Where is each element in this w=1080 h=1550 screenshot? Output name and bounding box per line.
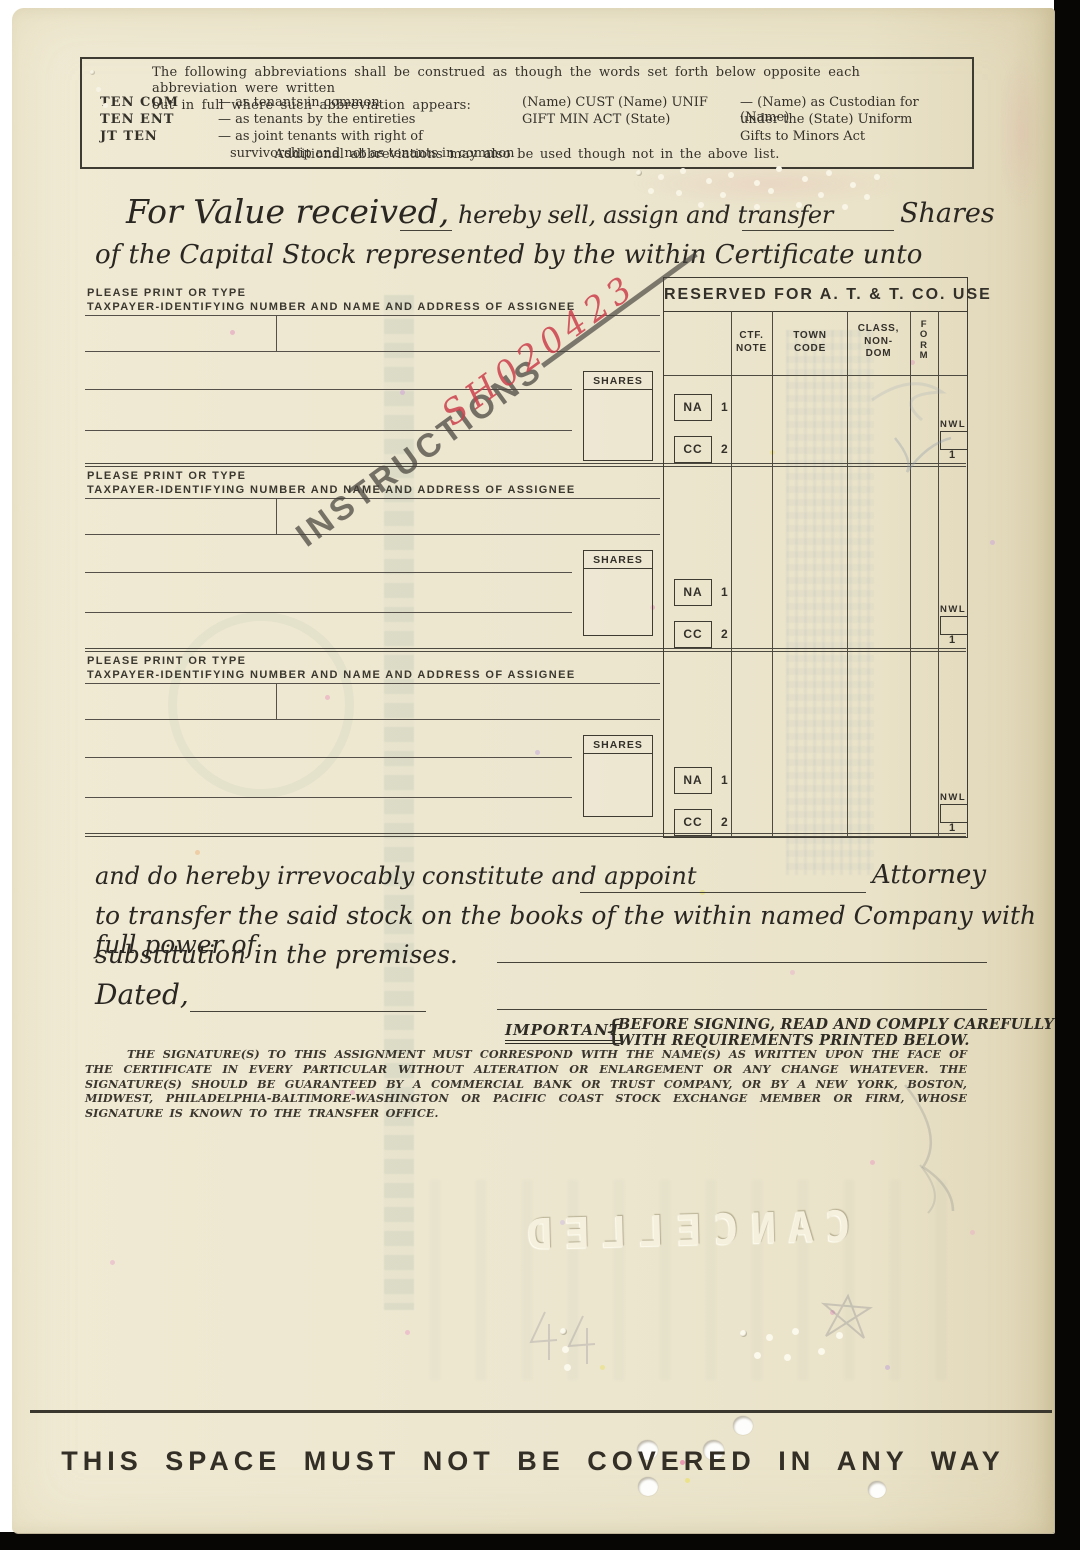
- assignee-line[interactable]: [85, 757, 572, 758]
- shares-blank: [742, 229, 894, 231]
- abbreviations-right-column: (Name) CUST (Name) UNIF— (Name) as Custo…: [522, 95, 962, 146]
- na-checkbox-row3[interactable]: NA: [674, 767, 712, 794]
- print-label-2: PLEASE PRINT OR TYPE: [87, 470, 246, 482]
- cc-label: CC: [683, 442, 702, 456]
- na-label: NA: [683, 773, 702, 787]
- appoint-text: and do hereby irrevocably constitute and…: [95, 862, 696, 890]
- attorney-word: Attorney: [872, 860, 986, 890]
- att-reserved-table: RESERVED FOR A. T. & T. CO. USE CTF. NOT…: [663, 277, 968, 838]
- paper-speckles: [230, 330, 235, 335]
- nwl-checkbox-row1[interactable]: [940, 431, 968, 450]
- abbreviations-footer: Additional abbreviations may also be use…: [82, 147, 972, 162]
- bleedthrough-edge-marks: [1000, 58, 1042, 208]
- important-line-1: BEFORE SIGNING, READ AND COMPLY CAREFULL…: [618, 1016, 1054, 1033]
- nwl-checkbox-row3[interactable]: [940, 804, 968, 823]
- col-header-ctf-note: CTF. NOTE: [731, 330, 772, 355]
- assignee-line[interactable]: [85, 430, 572, 431]
- value-received-text: For Value received,: [126, 192, 449, 231]
- stray-punch-dots: [560, 1328, 567, 1335]
- table-grid-line: [664, 375, 967, 376]
- abbreviations-box: The following abbreviations shall be con…: [80, 57, 974, 169]
- nwl-number-row3: 1: [949, 822, 955, 834]
- cc-number-row3: 2: [721, 815, 728, 829]
- abbr-gift-min-meaning2: Gifts to Minors Act: [740, 129, 865, 144]
- att-table-title: RESERVED FOR A. T. & T. CO. USE: [664, 278, 967, 312]
- cc-checkbox-row2[interactable]: CC: [674, 621, 712, 648]
- bleedthrough-seal: [168, 612, 354, 798]
- id-box-divider-3[interactable]: [276, 683, 277, 719]
- nwl-label-row3: NWL: [940, 792, 966, 803]
- abbr-jt-ten: JT TEN: [100, 129, 158, 144]
- dated-label: Dated,: [95, 978, 189, 1011]
- na-number-row3: 1: [721, 773, 728, 787]
- abbr-ten-com: TEN COM: [100, 95, 179, 110]
- abbr-gift-min-meaning: under the (State) Uniform: [740, 112, 912, 127]
- punched-amount-holes: [636, 170, 642, 176]
- abbr-ten-ent: TEN ENT: [100, 112, 174, 127]
- stray-punch-dots: [740, 1330, 747, 1337]
- shares-box-1[interactable]: SHARES: [583, 371, 653, 461]
- punch-hole: [868, 1481, 886, 1498]
- rule: [85, 534, 660, 535]
- scanner-background-right: [1054, 0, 1080, 1550]
- nwl-number-row2: 1: [949, 634, 955, 646]
- col-header-town-code: TOWN CODE: [779, 330, 841, 355]
- shares-box-3[interactable]: SHARES: [583, 735, 653, 817]
- cc-label: CC: [683, 627, 702, 641]
- punch-hole: [733, 1416, 753, 1435]
- cc-checkbox-row1[interactable]: CC: [674, 436, 712, 463]
- signature-guarantee-fine-print: THE SIGNATURE(S) TO THIS ASSIGNMENT MUST…: [85, 1047, 967, 1121]
- taxpayer-label-3: TAXPAYER-IDENTIFYING NUMBER AND NAME AND…: [87, 669, 576, 681]
- assignee-line[interactable]: [85, 612, 572, 613]
- sell-assign-text: hereby sell, assign and transfer: [458, 201, 833, 229]
- abbr-jt-ten-meaning: — as joint tenants with right of: [218, 129, 423, 144]
- nwl-label-row1: NWL: [940, 419, 966, 430]
- nwl-number-row1: 1: [949, 449, 955, 461]
- scanner-background-bottom: [0, 1532, 1080, 1550]
- assignor-blank: [400, 229, 452, 231]
- substitution-line: substitution in the premises.: [95, 940, 458, 969]
- abbr-ten-com-meaning: — as tenants in common: [218, 95, 380, 110]
- footer-rule: [30, 1410, 1052, 1413]
- cc-label: CC: [683, 815, 702, 829]
- shares-word: Shares: [900, 198, 995, 229]
- cc-number-row1: 2: [721, 442, 728, 456]
- na-label: NA: [683, 585, 702, 599]
- na-checkbox-row2[interactable]: NA: [674, 579, 712, 606]
- abbr-cust: (Name) CUST (Name) UNIF: [522, 95, 708, 110]
- shares-box-label: SHARES: [584, 736, 652, 754]
- shares-box-2[interactable]: SHARES: [583, 550, 653, 636]
- rule: [85, 683, 660, 684]
- scanned-certificate-back: The following abbreviations shall be con…: [0, 0, 1080, 1550]
- na-number-row1: 1: [721, 400, 728, 414]
- abbr-ten-ent-meaning: — as tenants by the entireties: [218, 112, 415, 127]
- table-grid-line: [938, 311, 939, 837]
- col-header-form: FORM: [917, 320, 931, 362]
- table-grid-line: [847, 311, 848, 837]
- table-grid-line: [910, 311, 911, 837]
- attorney-blank[interactable]: [580, 891, 866, 893]
- taxpayer-label-1: TAXPAYER-IDENTIFYING NUMBER AND NAME AND…: [87, 301, 576, 313]
- id-box-divider-2[interactable]: [276, 498, 277, 534]
- footer-banner: THIS SPACE MUST NOT BE COVERED IN ANY WA…: [12, 1446, 1054, 1477]
- shares-box-label: SHARES: [584, 372, 652, 390]
- print-label-1: PLEASE PRINT OR TYPE: [87, 287, 246, 299]
- assignee-line[interactable]: [85, 797, 572, 798]
- intro-line-1: The following abbreviations shall be con…: [152, 65, 860, 96]
- nwl-checkbox-row2[interactable]: [940, 616, 968, 635]
- cc-checkbox-row3[interactable]: CC: [674, 809, 712, 836]
- shares-box-label: SHARES: [584, 551, 652, 569]
- nwl-label-row2: NWL: [940, 604, 966, 615]
- na-checkbox-row1[interactable]: NA: [674, 394, 712, 421]
- abbr-gift-min: GIFT MIN ACT (State): [522, 112, 670, 127]
- capital-stock-line: of the Capital Stock represented by the …: [95, 240, 922, 270]
- signature-line-2[interactable]: [497, 1008, 987, 1010]
- table-grid-line: [772, 311, 773, 837]
- assignee-line[interactable]: [85, 572, 572, 573]
- dated-blank[interactable]: [190, 1010, 426, 1012]
- na-number-row2: 1: [721, 585, 728, 599]
- print-label-3: PLEASE PRINT OR TYPE: [87, 655, 246, 667]
- rule: [85, 719, 660, 720]
- col-header-class-nondom: CLASS, NON- DOM: [850, 323, 907, 361]
- na-label: NA: [683, 400, 702, 414]
- punch-hole: [638, 1477, 658, 1496]
- table-grid-line: [731, 311, 732, 837]
- punch-holes-left: [90, 70, 95, 75]
- signature-line-1[interactable]: [497, 961, 987, 963]
- id-box-divider-1[interactable]: [276, 315, 277, 351]
- cc-number-row2: 2: [721, 627, 728, 641]
